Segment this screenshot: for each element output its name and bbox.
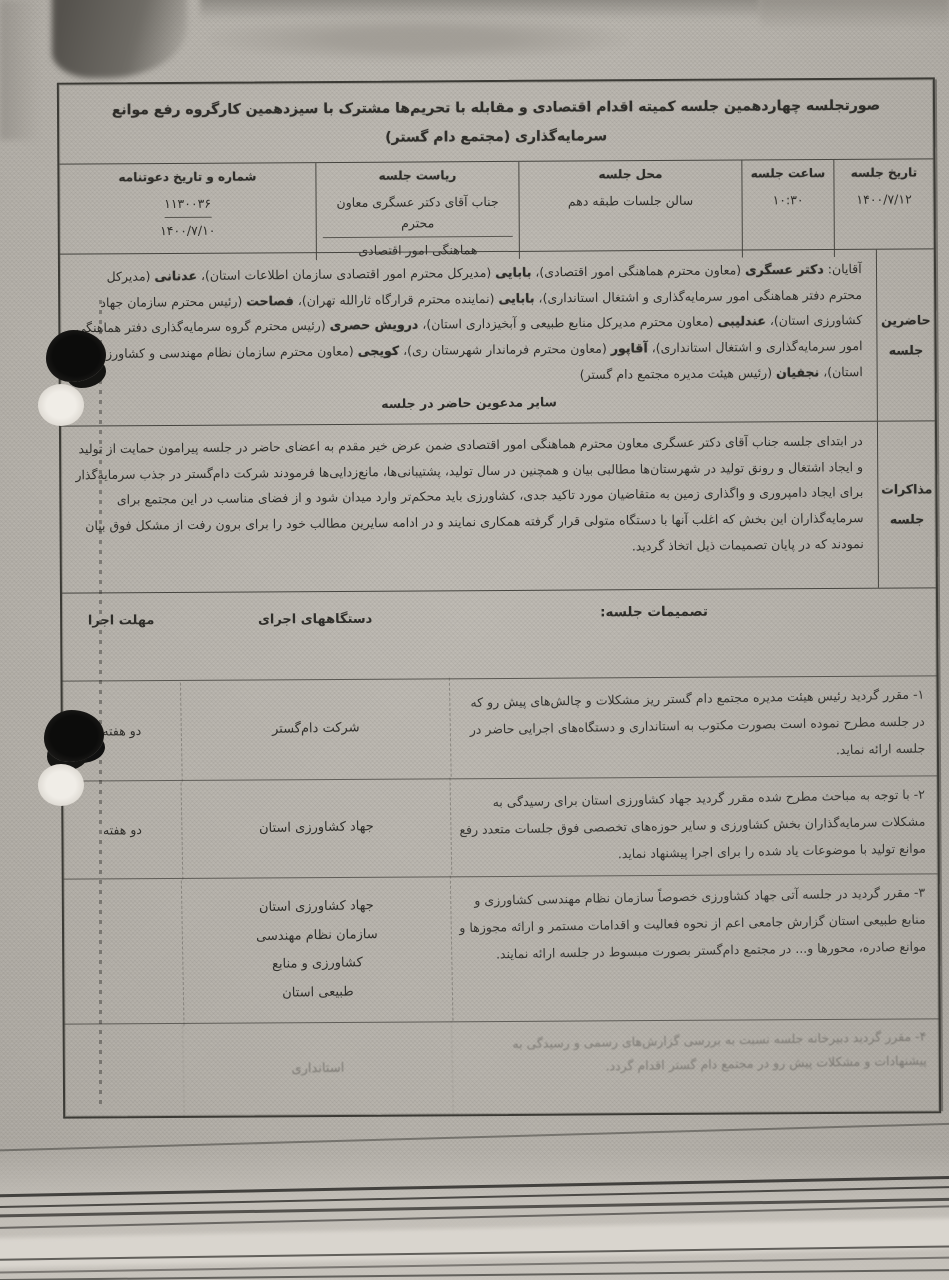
decision-row: ۴- مقرر گردید دبیرخانه جلسه نسبت به بررس… (65, 1020, 940, 1117)
agency-column-header: دستگاههای اجرای (180, 591, 451, 679)
agency-cell: جهاد کشاورزی استان سازمان نظام مهندسی کش… (181, 875, 454, 1025)
meeting-date-cell: تاریخ جلسه ۱۴۰۰/۷/۱۲ (833, 159, 934, 257)
scan-smudge-top-right (760, 0, 949, 30)
attendees-text: آقایان: دکتر عسگری (معاون محترم هماهنگی … (74, 256, 863, 392)
attendees-section: حاضرین جلسه آقایان: دکتر عسگری (معاون مح… (60, 249, 935, 427)
document-title: صورتجلسه چهاردهمین جلسه کمیته اقدام اقتص… (89, 92, 903, 156)
deadline-cell (64, 1023, 184, 1117)
meeting-time-label: ساعت جلسه (751, 166, 826, 180)
meeting-info-table: تاریخ جلسه ۱۴۰۰/۷/۱۲ ساعت جلسه ۱۰:۳۰ محل… (59, 159, 934, 254)
binding-dotted-line (99, 300, 102, 1110)
document-sheet: صورتجلسه چهاردهمین جلسه کمیته اقدام اقتص… (57, 77, 941, 1118)
scan-smudge-top-left (52, 0, 187, 78)
minutes-section: مذاکرات جلسه در ابتدای جلسه جناب آقای دک… (61, 422, 936, 594)
minutes-label: مذاکرات جلسه (877, 422, 936, 588)
meeting-date-label: تاریخ جلسه (851, 165, 917, 179)
meeting-time-cell: ساعت جلسه ۱۰:۳۰ (741, 160, 834, 258)
meeting-time-value: ۱۰:۳۰ (772, 189, 803, 210)
title-box: صورتجلسه چهاردهمین جلسه کمیته اقدام اقتص… (59, 79, 933, 164)
decision-text: ۴- مقرر گردید دبیرخانه جلسه نسبت به بررس… (452, 1017, 940, 1118)
decision-row: ۱- مقرر گردید رئیس هیئت مدیره مجتمع دام … (63, 676, 938, 781)
meeting-chair-label: ریاست جلسه (379, 168, 457, 182)
deadline-cell (63, 878, 184, 1025)
meeting-chair-cell: ریاست جلسه جناب آقای دکتر عسگری معاون مح… (315, 162, 519, 261)
attendees-content: آقایان: دکتر عسگری (معاون محترم هماهنگی … (60, 248, 878, 428)
decision-text: ۳- مقرر گردید در جلسه آتی جهاد کشاورزی خ… (451, 871, 940, 1025)
scan-streak-line (0, 1122, 949, 1151)
decisions-header-row: تصمیمات جلسه: دستگاههای اجرای مهلت اجرا (62, 588, 937, 681)
agency-cell: شرکت دام‌گستر (180, 678, 452, 782)
meeting-date-value: ۱۴۰۰/۷/۱۲ (856, 188, 912, 210)
meeting-location-value: سالن جلسات طبقه دهم (568, 190, 693, 212)
meeting-location-cell: محل جلسه سالن جلسات طبقه دهم (518, 160, 742, 259)
decision-text: ۱- مقرر گردید رئیس هیئت مدیره مجتمع دام … (450, 673, 938, 781)
scan-smudge-left-edge (0, 0, 40, 140)
deadline-column-header: مهلت اجرا (62, 593, 181, 681)
invitation-label: شماره و تاریخ دعوتنامه (118, 169, 256, 184)
punch-hole-white-top (38, 384, 84, 426)
decision-row: ۳- مقرر گردید در جلسه آتی جهاد کشاورزی خ… (64, 874, 939, 1025)
minutes-text: در ابتدای جلسه جناب آقای دکتر عسگری معاو… (75, 429, 864, 565)
invitation-cell: شماره و تاریخ دعوتنامه ۱۱۳۰۰۳۶ ۱۴۰۰/۷/۱۰ (59, 163, 316, 262)
meeting-chair-value-line1: جناب آقای دکتر عسگری معاون محترم (323, 191, 513, 239)
agency-cell: جهاد کشاورزی استان (181, 777, 453, 879)
decision-row: ۲- با توجه به مباحث مطرح شده مقرر گردید … (63, 776, 938, 879)
invitation-number: ۱۱۳۰۰۳۶ (164, 193, 211, 219)
invitation-date: ۱۴۰۰/۷/۱۰ (160, 223, 216, 238)
meeting-location-label: محل جلسه (598, 167, 662, 181)
attendees-label: حاضرین جلسه (876, 249, 935, 421)
minutes-content: در ابتدای جلسه جناب آقای دکتر عسگری معاو… (61, 420, 879, 594)
scanned-page: صورتجلسه چهاردهمین جلسه کمیته اقدام اقتص… (0, 0, 949, 1280)
scan-smudge-light-patch (210, 16, 630, 62)
punch-hole-white-bottom (38, 764, 84, 806)
decision-text: ۲- با توجه به مباحث مطرح شده مقرر گردید … (451, 773, 939, 879)
agency-cell: استانداری (182, 1021, 454, 1118)
decisions-header: تصمیمات جلسه: (450, 588, 937, 678)
